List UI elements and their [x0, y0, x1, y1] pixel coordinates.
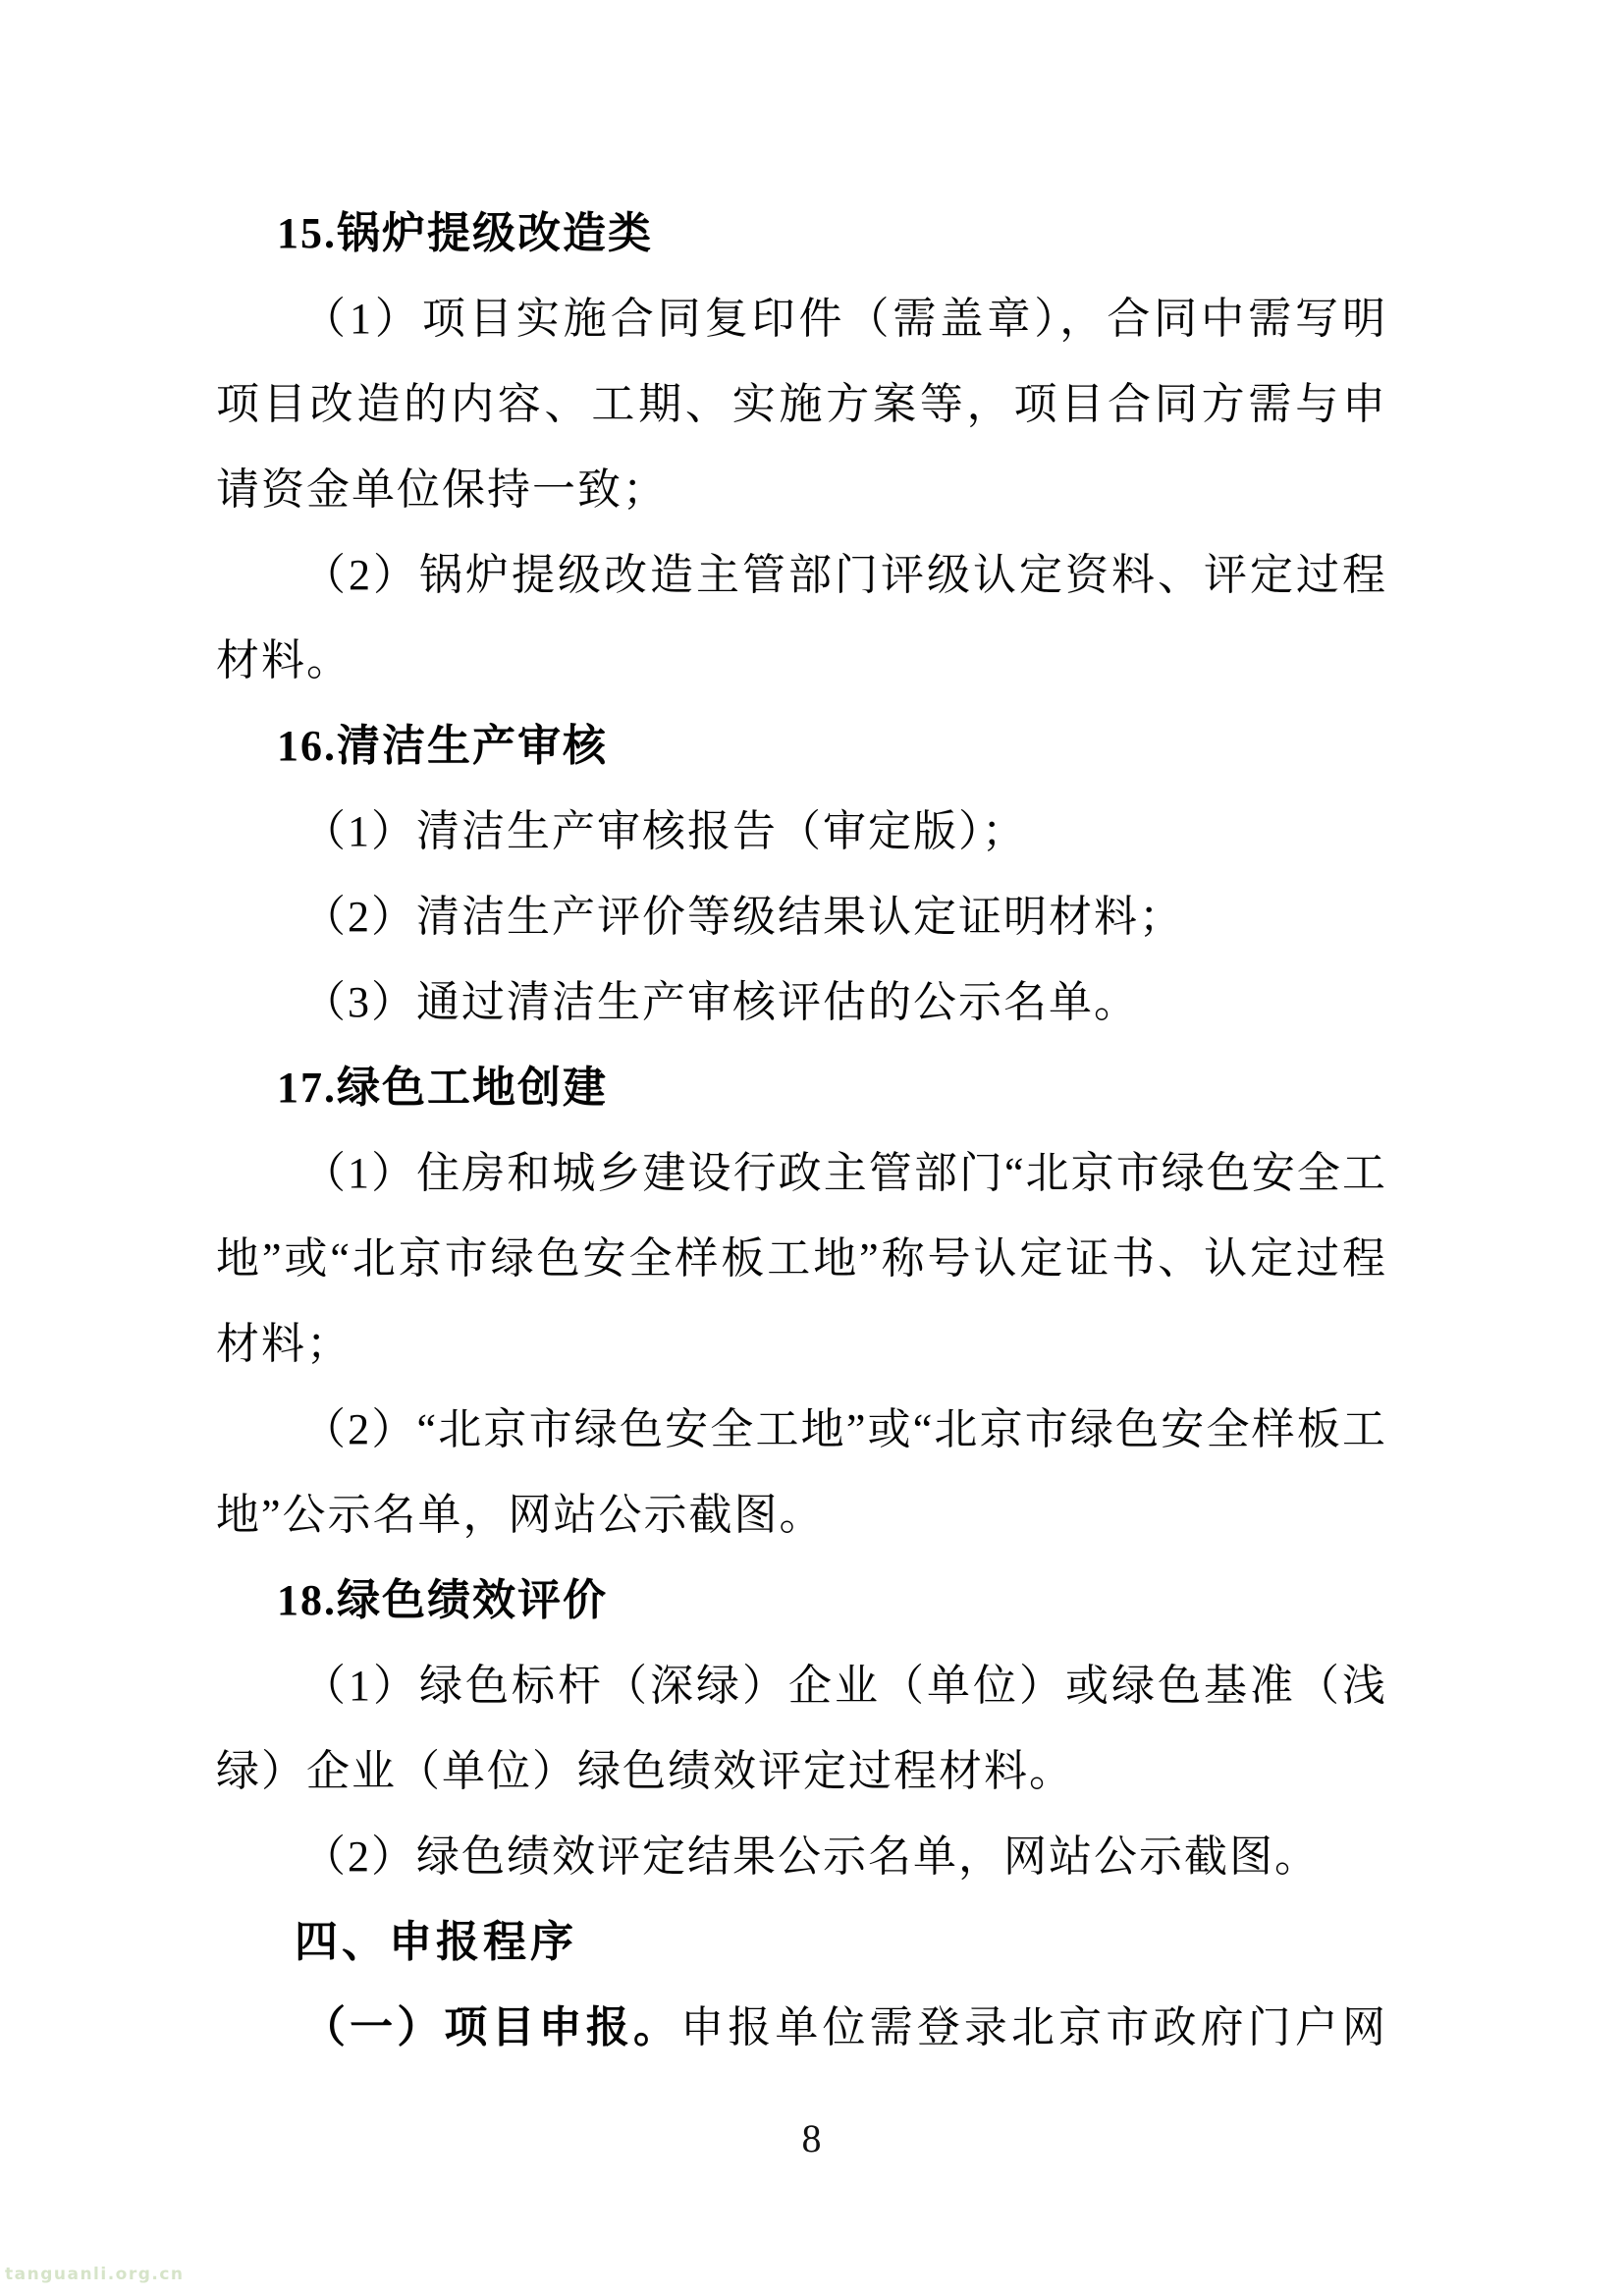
paragraph: （2）绿色绩效评定结果公示名单，网站公示截图。: [216, 1814, 1387, 1899]
paragraph-lead-bold: （一）项目申报。: [302, 2003, 680, 2051]
paragraph: （2）清洁生产评价等级结果认定证明材料；: [216, 874, 1387, 959]
paragraph: （1）清洁生产审核报告（审定版）；: [216, 789, 1387, 874]
section-heading-procedure: 四、申报程序: [216, 1899, 1387, 1985]
watermark: tanguanli.org.cn: [5, 2265, 185, 2284]
paragraph: （3）通过清洁生产审核评估的公示名单。: [216, 959, 1387, 1045]
paragraph: （1）项目实施合同复印件（需盖章），合同中需写明项目改造的内容、工期、实施方案等…: [216, 276, 1387, 532]
section-heading-18: 18.绿色绩效评价: [216, 1558, 1387, 1643]
section-heading-15: 15.锅炉提级改造类: [216, 191, 1387, 276]
document-body: 15.锅炉提级改造类 （1）项目实施合同复印件（需盖章），合同中需写明项目改造的…: [216, 191, 1387, 2072]
paragraph-project-application: （一）项目申报。申报单位需登录北京市政府门户网站“政策兑现”栏目（https:/…: [216, 1985, 1387, 2072]
section-heading-16: 16.清洁生产审核: [216, 703, 1387, 789]
page-number: 8: [0, 2117, 1623, 2160]
document-page: 15.锅炉提级改造类 （1）项目实施合同复印件（需盖章），合同中需写明项目改造的…: [0, 0, 1623, 2296]
paragraph: （2）锅炉提级改造主管部门评级认定资料、评定过程材料。: [216, 532, 1387, 703]
paragraph: （2）“北京市绿色安全工地”或“北京市绿色安全样板工地”公示名单，网站公示截图。: [216, 1387, 1387, 1558]
paragraph: （1）绿色标杆（深绿）企业（单位）或绿色基准（浅绿）企业（单位）绿色绩效评定过程…: [216, 1643, 1387, 1814]
section-heading-17: 17.绿色工地创建: [216, 1045, 1387, 1130]
paragraph: （1）住房和城乡建设行政主管部门“北京市绿色安全工地”或“北京市绿色安全样板工地…: [216, 1130, 1387, 1387]
